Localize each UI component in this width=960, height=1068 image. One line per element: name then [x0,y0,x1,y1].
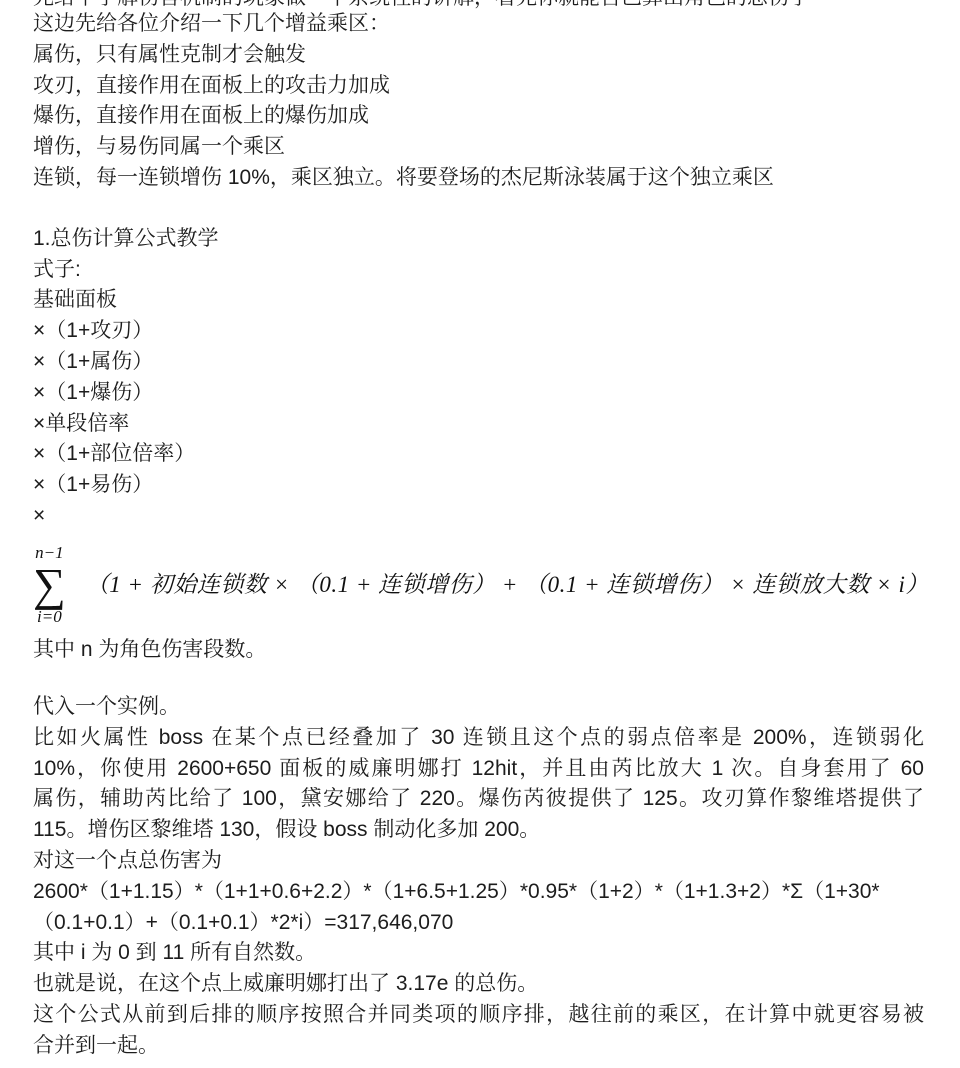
calc-result-line: （0.1+0.1）+（0.1+0.1）*2*i）=317,646,070 [33,908,924,939]
example-note-i: 其中 i 为 0 到 11 所有自然数。 [33,938,924,969]
calc-expression-line: 2600*（1+1.15）*（1+1+0.6+2.2）*（1+6.5+1.25）… [33,877,924,908]
formula-note-n: 其中 n 为角色伤害段数。 [33,635,924,666]
formula-factor-crit: ×（1+爆伤） [33,378,924,409]
example-paragraph-line: 比如火属性 boss 在某个点已经叠加了 30 连锁且这个点的弱点倍率是 200… [33,723,924,754]
example-paragraph-line: 115。增伤区黎维塔 130，假设 boss 制动化多加 200。 [33,815,924,846]
formula-factor-attr: ×（1+属伤） [33,347,924,378]
closing-line: 合并到一起。 [33,1031,924,1062]
summation-formula: n−1 ∑ i=0 （1 + 初始连锁数 × （0.1 + 连锁增伤） + （0… [33,544,924,627]
formula-factor-hit-multiplier: ×单段倍率 [33,409,924,440]
clipped-text: 先给不了解伤害机制的玩家做一个系统性的讲解，看完你就能自己算出角色的总伤了 [33,0,924,9]
example-conclusion: 也就是说，在这个点上威廉明娜打出了 3.17e 的总伤。 [33,969,924,1000]
sigma-lower-limit: i=0 [37,608,62,627]
buff-item-crit-damage: 爆伤，直接作用在面板上的爆伤加成 [33,101,924,132]
buff-item-damage-increase: 增伤，与易伤同属一个乘区 [33,132,924,163]
formula-factor-vulnerability: ×（1+易伤） [33,470,924,501]
sigma-symbol: ∑ [33,562,66,608]
intro-lead: 这边先给各位介绍一下几个增益乘区： [33,9,924,40]
clipped-text-line: 先给不了解伤害机制的玩家做一个系统性的讲解，看完你就能自己算出角色的总伤了 [33,0,924,9]
example-total-label: 对这一个点总伤害为 [33,846,924,877]
formula-label: 式子: [33,255,924,286]
formula-factor-times: × [33,501,924,532]
sum-expression: （1 + 初始连锁数 × （0.1 + 连锁增伤） + （0.1 + 连锁增伤）… [86,570,924,600]
example-intro: 代入一个实例。 [33,692,924,723]
sigma-stack: n−1 ∑ i=0 [33,544,66,627]
spacer [33,666,924,692]
formula-factor-part-multiplier: ×（1+部位倍率） [33,439,924,470]
example-paragraph-line: 10%，你使用 2600+650 面板的威廉明娜打 12hit，并且由芮比放大 … [33,754,924,785]
closing-line: 这个公式从前到后排的顺序按照合并同类项的顺序排，越往前的乘区，在计算中就更容易被 [33,1000,924,1031]
buff-item-attribute-damage: 属伤，只有属性克制才会触发 [33,40,924,71]
buff-item-attack-blade: 攻刃，直接作用在面板上的攻击力加成 [33,71,924,102]
example-paragraph-line: 属伤，辅助芮比给了 100，黛安娜给了 220。爆伤芮彼提供了 125。攻刃算作… [33,784,924,815]
formula-factor-base: 基础面板 [33,285,924,316]
buff-item-chain: 连锁，每一连锁增伤 10%，乘区独立。将要登场的杰尼斯泳装属于这个独立乘区 [33,163,924,194]
article-body: 先给不了解伤害机制的玩家做一个系统性的讲解，看完你就能自己算出角色的总伤了 这边… [0,0,960,1061]
spacer [33,194,924,224]
section-heading: 1.总伤计算公式教学 [33,224,924,255]
formula-factor-blade: ×（1+攻刃） [33,316,924,347]
